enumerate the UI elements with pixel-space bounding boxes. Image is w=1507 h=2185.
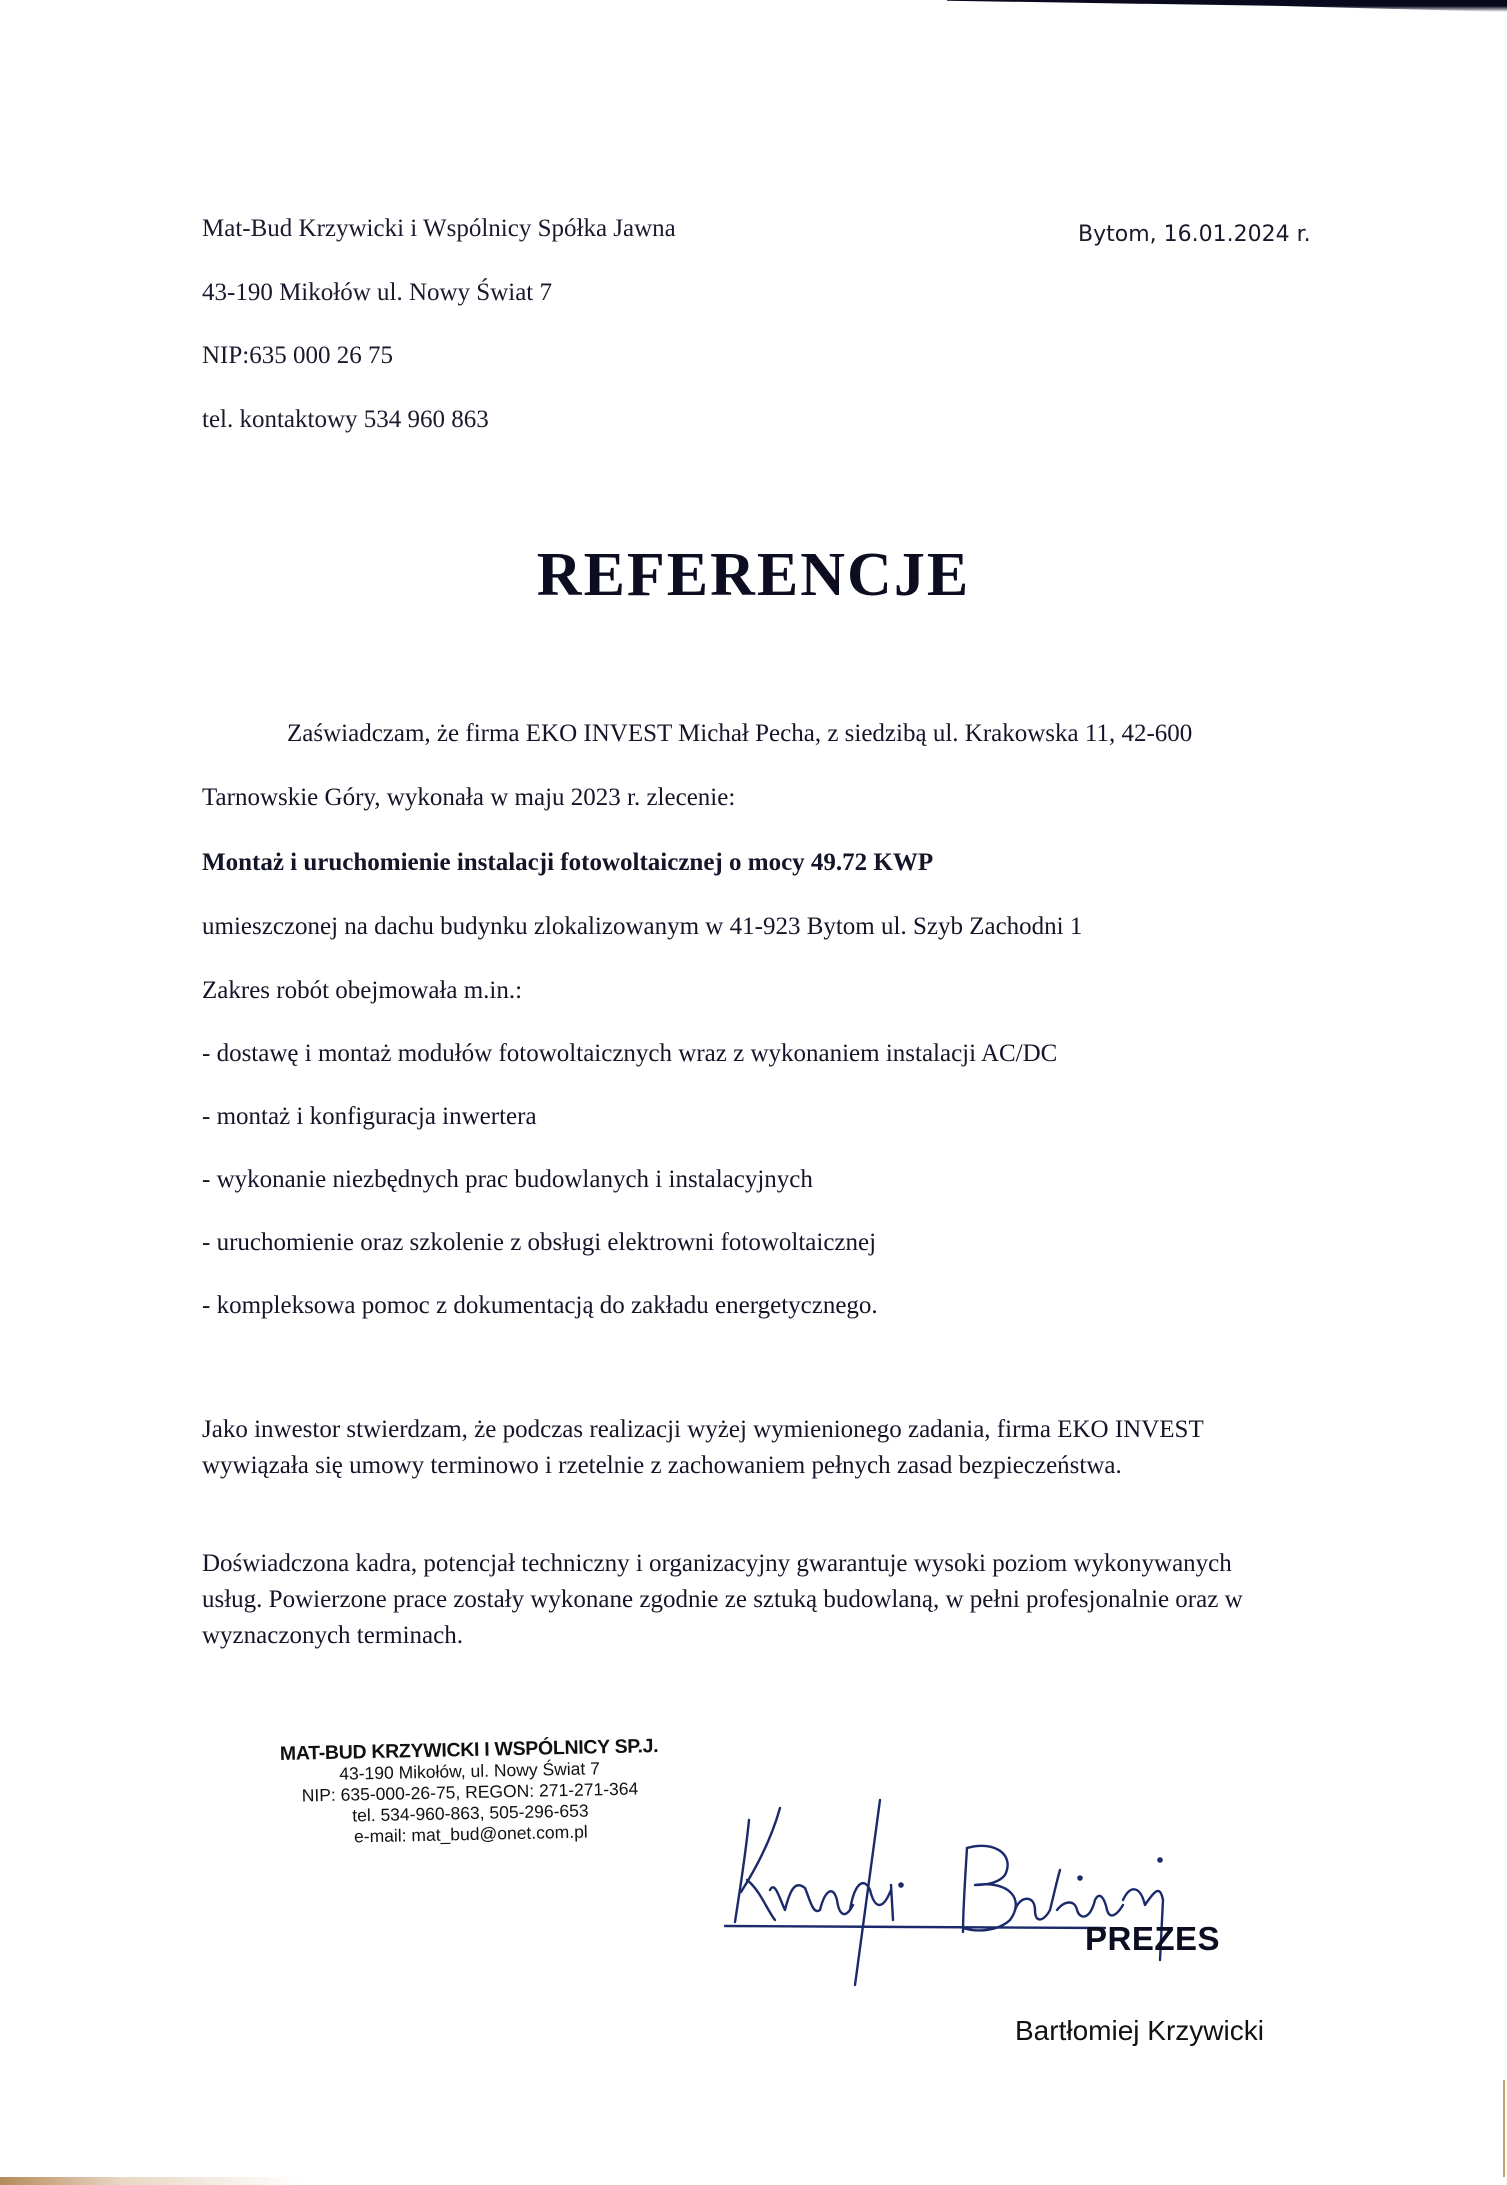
body-line-2: Tarnowskie Góry, wykonała w maju 2023 r.… bbox=[202, 784, 735, 812]
place-date: Bytom, 16.01.2024 r. bbox=[1078, 222, 1311, 247]
body-line-1: Zaświadczam, że firma EKO INVEST Michał … bbox=[287, 720, 1192, 748]
scope-item: - dostawę i montaż modułów fotowoltaiczn… bbox=[202, 1040, 1057, 1068]
scan-edge-bottom bbox=[0, 2177, 1507, 2185]
handwritten-signature bbox=[705, 1760, 1265, 2000]
scan-edge bbox=[1503, 2080, 1505, 2185]
sender-nip: NIP:635 000 26 75 bbox=[202, 342, 393, 370]
scan-edge-shadow bbox=[947, 0, 1507, 12]
signer-role: PREZES bbox=[1085, 1920, 1220, 1958]
task-location: umieszczonej na dachu budynku zlokalizow… bbox=[202, 913, 1082, 941]
scope-item: - kompleksowa pomoc z dokumentacją do za… bbox=[202, 1292, 878, 1320]
sender-company: Mat-Bud Krzywicki i Wspólnicy Spółka Jaw… bbox=[202, 215, 676, 243]
company-stamp: MAT-BUD KRZYWICKI I WSPÓLNICY SP.J. 43-1… bbox=[254, 1736, 686, 1850]
signer-name: Bartłomiej Krzywicki bbox=[1015, 2015, 1264, 2047]
paragraph-quality: Doświadczona kadra, potencjał techniczny… bbox=[202, 1546, 1292, 1654]
scope-item: - uruchomienie oraz szkolenie z obsługi … bbox=[202, 1229, 876, 1257]
paragraph-investor: Jako inwestor stwierdzam, że podczas rea… bbox=[202, 1412, 1292, 1484]
document-title: REFERENCJE bbox=[0, 540, 1507, 611]
sender-phone: tel. kontaktowy 534 960 863 bbox=[202, 406, 489, 434]
scope-intro: Zakres robót obejmowała m.in.: bbox=[202, 977, 522, 1005]
task-title: Montaż i uruchomienie instalacji fotowol… bbox=[202, 849, 933, 877]
sender-address: 43-190 Mikołów ul. Nowy Świat 7 bbox=[202, 279, 552, 307]
scope-item: - wykonanie niezbędnych prac budowlanych… bbox=[202, 1166, 813, 1194]
scope-item: - montaż i konfiguracja inwertera bbox=[202, 1103, 537, 1131]
